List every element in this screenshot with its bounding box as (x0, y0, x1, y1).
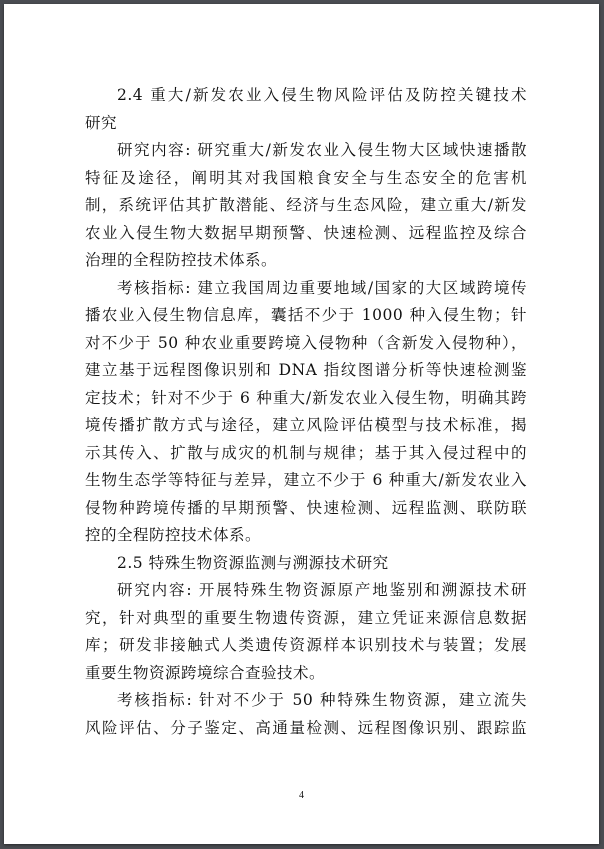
paragraph-line: 特征及途径，阐明其对我国粮食安全与生态安全的危害机 (85, 165, 527, 193)
paragraph-line: 建立基于远程图像识别和 DNA 指纹图谱分析等快速检测鉴 (85, 357, 527, 385)
section-heading-line: 研究 (85, 110, 527, 138)
paragraph-line: 示其传入、扩散与成灾的机制与规律；基于其入侵过程中的 (85, 440, 527, 468)
section-heading-line: 2.4 重大/新发农业入侵生物风险评估及防控关键技术 (85, 82, 527, 110)
paragraph-line: 农业入侵生物大数据早期预警、快速检测、远程监控及综合 (85, 220, 527, 248)
paragraph-line: 风险评估、分子鉴定、高通量检测、远程图像识别、跟踪监 (85, 715, 527, 743)
section-heading-line: 2.5 特殊生物资源监测与溯源技术研究 (85, 550, 527, 578)
page-number: 4 (4, 790, 599, 801)
paragraph-line: 库；研发非接触式人类遗传资源样本识别技术与装置；发展 (85, 632, 527, 660)
paragraph-line: 生物生态学等特征与差异，建立不少于 6 种重大/新发农业入 (85, 467, 527, 495)
paragraph-line: 重要生物资源跨境综合查验技术。 (85, 660, 527, 688)
paragraph-line: 境传播扩散方式与途径，建立风险评估模型与技术标准，揭 (85, 412, 527, 440)
paragraph-line: 研究内容: 研究重大/新发农业入侵生物大区域快速播散 (85, 137, 527, 165)
paragraph-line: 侵物种跨境传播的早期预警、快速检测、远程监测、联防联 (85, 495, 527, 523)
paragraph-line: 究，针对典型的重要生物遗传资源，建立凭证来源信息数据 (85, 605, 527, 633)
paragraph-line: 考核指标: 建立我国周边重要地域/国家的大区域跨境传 (85, 275, 527, 303)
document-page: 2.4 重大/新发农业入侵生物风险评估及防控关键技术研究研究内容: 研究重大/新… (4, 4, 599, 844)
paragraph-line: 制，系统评估其扩散潜能、经济与生态风险，建立重大/新发 (85, 192, 527, 220)
paragraph-line: 考核指标: 针对不少于 50 种特殊生物资源，建立流失 (85, 687, 527, 715)
paragraph-line: 控的全程防控技术体系。 (85, 522, 527, 550)
paragraph-line: 治理的全程防控技术体系。 (85, 247, 527, 275)
paragraph-line: 研究内容: 开展特殊生物资源原产地鉴别和溯源技术研 (85, 577, 527, 605)
page-content: 2.4 重大/新发农业入侵生物风险评估及防控关键技术研究研究内容: 研究重大/新… (85, 82, 527, 742)
paragraph-line: 定技术；针对不少于 6 种重大/新发农业入侵生物，明确其跨 (85, 385, 527, 413)
paragraph-line: 对不少于 50 种农业重要跨境入侵物种（含新发入侵物种）， (85, 330, 527, 358)
paragraph-line: 播农业入侵生物信息库，囊括不少于 1000 种入侵生物；针 (85, 302, 527, 330)
